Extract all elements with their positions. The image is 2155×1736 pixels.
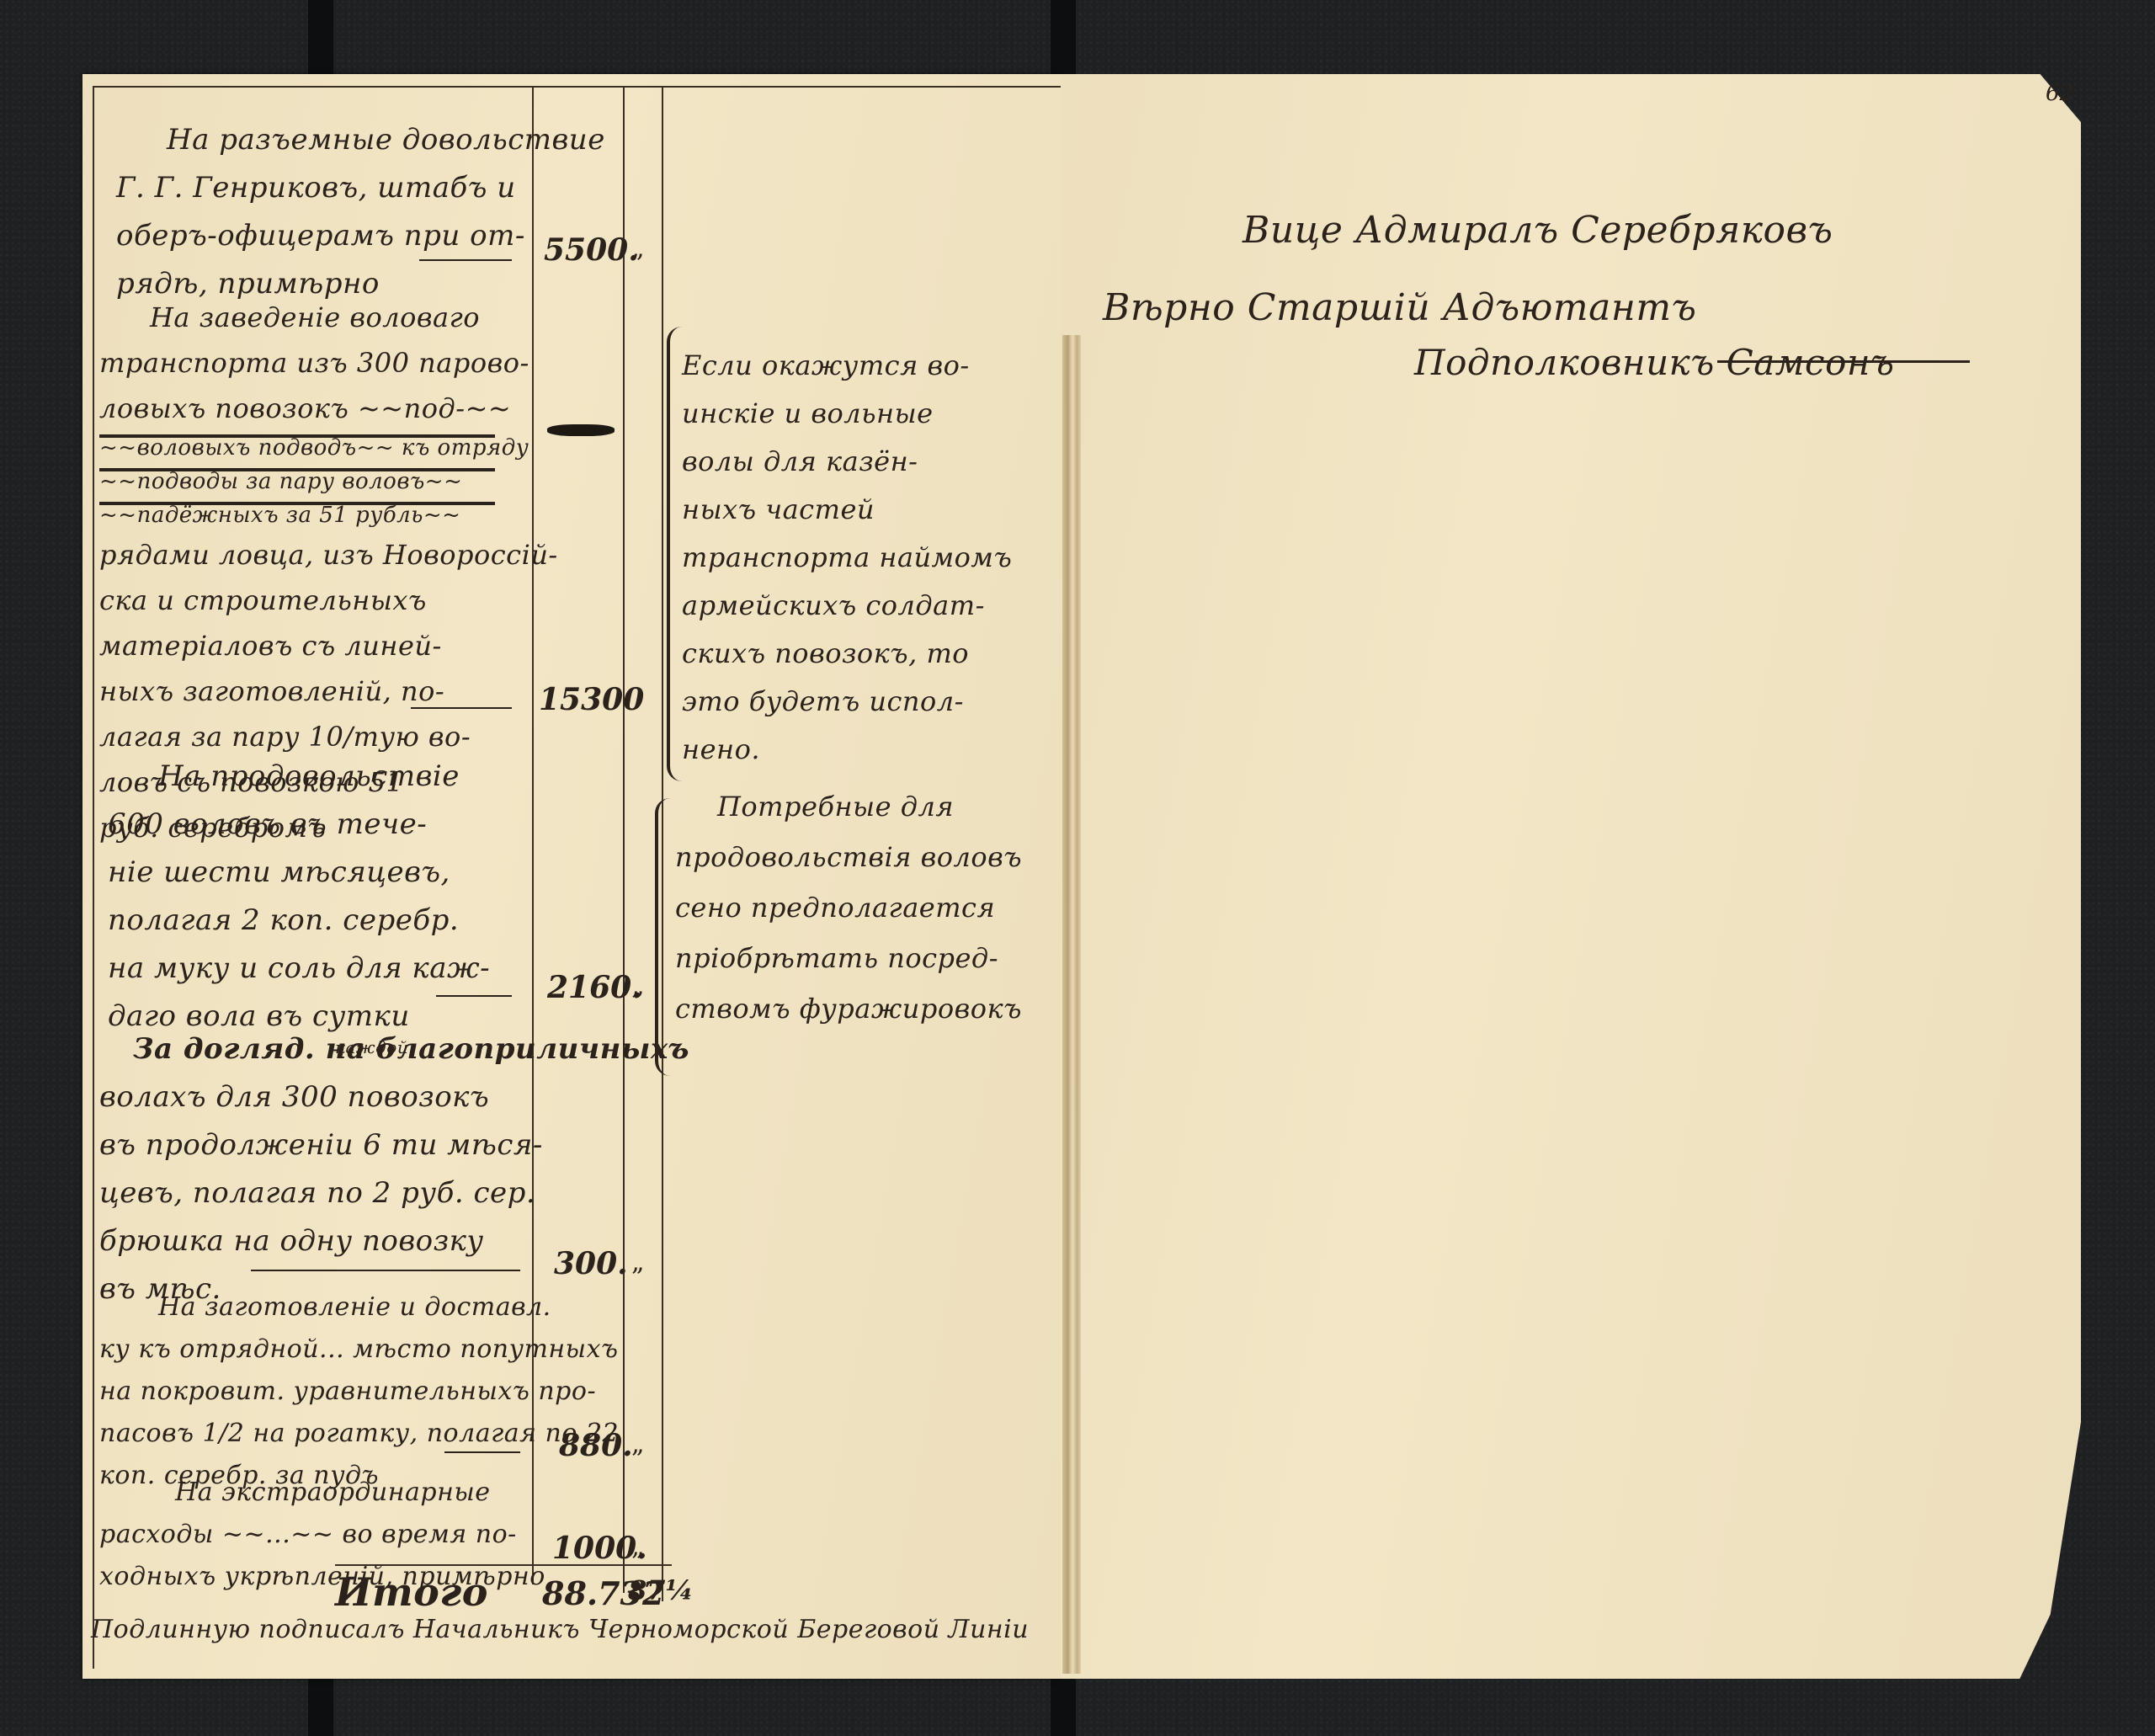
entry-line: На заготовленіе и доставл. [99, 1286, 619, 1329]
remark-line: нено. [682, 726, 1012, 774]
strikethrough [99, 468, 495, 471]
entry-3-amount: 2160. [547, 970, 642, 1005]
entry-line: За догляд. на благоприличныхъ [99, 1025, 689, 1073]
entry-line: ловыхъ повозокъ ~~под-~~ [99, 386, 558, 431]
entry-line: На продовольствіе [108, 753, 490, 801]
remark-line: транспорта наймомъ [682, 534, 1012, 582]
entry-line: полагая 2 коп. серебр. [108, 897, 490, 945]
left-ledger-page: На разъемные довольствие Г. Г. Генриковъ… [82, 74, 1061, 1679]
entry-line: на муку и соль для каж- [108, 945, 490, 993]
entry-line: оберъ-офицерамъ при от- [116, 212, 605, 260]
entry-5-description: На заготовленіе и доставл. ку къ отрядно… [99, 1286, 619, 1497]
remark-line: ствомъ фуражировокъ [675, 983, 1022, 1034]
entry-line: въ продолженіи 6 ти мѣся- [99, 1121, 689, 1169]
frame-top [93, 86, 1061, 88]
footer-attestation: Подлинную подписалъ Начальникъ Черноморс… [91, 1615, 1029, 1644]
right-signature-page: Вице Адмиралъ Серебряковъ Вѣрно Старшій … [1061, 74, 2081, 1679]
entry-1-description: На разъемные довольствие Г. Г. Генриковъ… [116, 116, 605, 308]
entry-line: расходы ~~...~~ во время по- [99, 1514, 545, 1556]
entry-4-kopecks: „ [631, 1248, 645, 1277]
column-rule-kopecks [623, 86, 625, 1593]
strikethrough [99, 502, 495, 505]
entry-line: Г. Г. Генриковъ, штабъ и [116, 164, 605, 212]
entry-2-amount: 15300 [539, 682, 644, 717]
entry-1-amount: 5500. [544, 232, 639, 268]
remark-line: инскіе и вольные [682, 390, 1012, 438]
remark-line: ныхъ частей [682, 486, 1012, 534]
signature-flourish [1717, 360, 1970, 363]
entry-line: цевъ, полагая по 2 руб. сер. [99, 1169, 689, 1217]
remark-line: скихъ повозокъ, то [682, 630, 1012, 678]
remark-2-brace [655, 798, 670, 1076]
entry-line: На разъемные довольствие [116, 116, 605, 164]
remark-line: сено предполагается [675, 882, 1022, 933]
remark-2: Потребные для продовольствія воловъ сено… [675, 781, 1022, 1034]
entry-line: матеріаловъ съ линей- [99, 623, 558, 668]
entry-line: транспорта изъ 300 парово- [99, 340, 558, 386]
leader-dash [419, 259, 512, 261]
entry-line: На заведеніе воловаго [99, 295, 558, 340]
total-kopecks: 87¼ [628, 1574, 694, 1606]
remark-line: продовольствія воловъ [675, 832, 1022, 882]
struck-amount-blot [547, 424, 615, 436]
remark-line: это будетъ испол- [682, 678, 1012, 726]
entry-5-kopecks: „ [631, 1430, 645, 1459]
remark-line: Потребные для [675, 781, 1022, 832]
remark-1-brace [667, 327, 682, 781]
entry-line: волахъ для 300 повозокъ [99, 1073, 689, 1121]
entry-line: На экстраординарные [99, 1472, 545, 1514]
remark-line: армейскихъ солдат- [682, 582, 1012, 630]
leader-dash [251, 1270, 520, 1271]
entry-line: рядами ловца, изъ Новороссій- [99, 532, 558, 578]
signature-line-1: Вице Адмиралъ Серебряковъ [1242, 209, 1833, 252]
strikethrough [99, 434, 495, 438]
entry-line: ніе шести мѣсяцевъ, [108, 849, 490, 897]
entry-line: ку къ отрядной... мѣсто попутныхъ [99, 1329, 619, 1371]
remark-line: Если окажутся во- [682, 342, 1012, 390]
entry-line: ска и строительныхъ [99, 578, 558, 623]
leader-dash [411, 707, 512, 709]
leader-dash [444, 1451, 520, 1453]
leader-dash [436, 995, 512, 997]
entry-line: пасовъ 1/2 на рогатку, полагая по 22 [99, 1413, 619, 1455]
signature-line-2: Вѣрно Старшій Адъютантъ [1103, 286, 1696, 329]
remark-line: волы для казён- [682, 438, 1012, 486]
remark-line: пріобрѣтать посред- [675, 933, 1022, 983]
entry-5-amount: 880. [559, 1428, 633, 1463]
entry-6-kopecks: „ [631, 1532, 645, 1562]
frame-left [93, 86, 94, 1669]
page-number: 62 [2046, 81, 2073, 106]
entry-line: 600 воловъ въ тече- [108, 801, 490, 849]
entry-3-kopecks: „ [631, 972, 645, 1001]
total-label: Итого [335, 1569, 488, 1615]
remark-1: Если окажутся во- инскіе и вольные волы … [682, 342, 1012, 774]
entry-4-amount: 300. [554, 1246, 628, 1281]
binding-fold [1062, 335, 1081, 1674]
entry-3-description: На продовольствіе 600 воловъ въ тече- ні… [108, 753, 490, 1041]
entry-1-kopecks: „ [631, 234, 645, 264]
entry-line: на покровит. уравнительныхъ про- [99, 1371, 619, 1413]
